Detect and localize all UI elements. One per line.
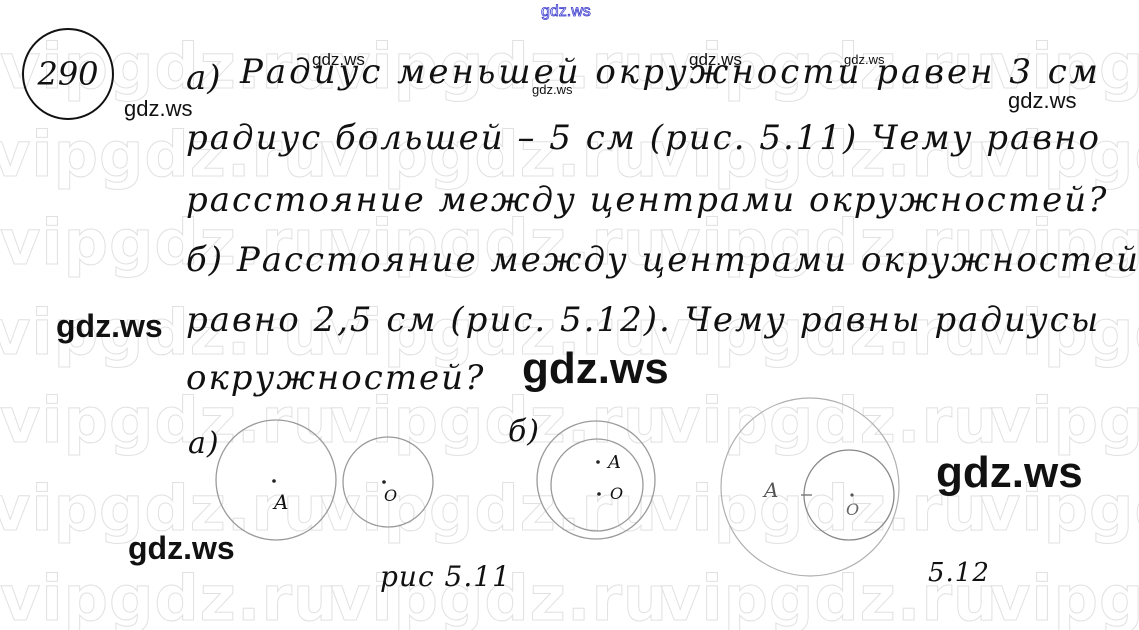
circle-small-512 <box>804 450 894 540</box>
point-a-label: A <box>764 478 779 502</box>
fig-a-label: а) <box>188 426 220 461</box>
point-a-label: A <box>274 490 289 514</box>
watermark-stamp: gdz.ws <box>522 344 669 394</box>
watermark-stamp: gdz.ws <box>1008 88 1076 114</box>
caption-fig-511: рис 5.11 <box>380 560 511 593</box>
watermark-stamp: gdz.ws <box>56 308 163 345</box>
watermark-stamp: gdz.ws <box>689 50 742 70</box>
point-o-label: O <box>384 486 398 505</box>
point-a-label: A <box>608 452 622 473</box>
watermark-stamp: gdz.ws <box>844 52 884 67</box>
circle-inner-b <box>551 439 643 531</box>
caption-fig-512: 5.12 <box>928 558 990 588</box>
watermark-stamp: gdz.ws <box>128 530 235 567</box>
watermark-stamp: gdz.ws <box>124 96 192 122</box>
point-o-label: O <box>846 500 860 519</box>
worksheet-page: vipgdz.ruvipgdz.ruvipgdz.ruvipgdz.ru vip… <box>0 0 1139 630</box>
point-o-label: O <box>610 484 624 503</box>
fig-b-label: б) <box>508 414 540 449</box>
circle-large-a <box>216 420 336 540</box>
watermark-stamp: gdz.ws <box>312 50 365 70</box>
circle-large-512 <box>721 398 899 576</box>
watermark-stamp: gdz.ws <box>532 82 572 97</box>
watermark-stamp: gdz.ws <box>936 448 1083 498</box>
circle-small-a <box>343 437 433 527</box>
